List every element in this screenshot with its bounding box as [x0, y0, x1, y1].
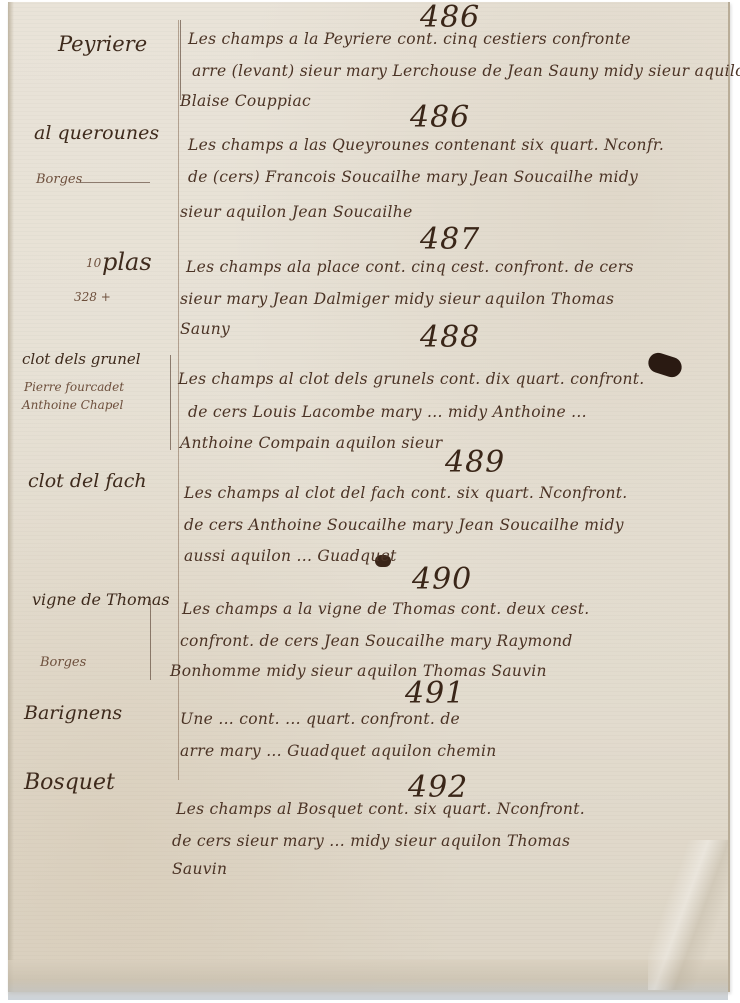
margin-label: clot del fach	[28, 470, 147, 492]
entry-line: de cers sieur mary ... midy sieur aquilo…	[172, 832, 570, 850]
page-left-edge	[8, 2, 14, 992]
entry-number: 490	[412, 562, 472, 597]
entry-line: Sauvin	[172, 860, 227, 878]
entry-line: Bonhomme midy sieur aquilon Thomas Sauvi…	[170, 662, 547, 680]
entry-line: Les champs al Bosquet cont. six quart. N…	[176, 800, 585, 818]
entry-number: 487	[420, 222, 480, 257]
entry-line: arre mary ... Guadquet aquilon chemin	[180, 742, 497, 760]
entry-line: Les champs a las Queyrounes contenant si…	[188, 136, 664, 154]
entry-line: arre (levant) sieur mary Lerchouse de Je…	[192, 62, 740, 80]
margin-label: vigne de Thomas	[32, 590, 170, 609]
entry-line: de cers Anthoine Soucailhe mary Jean Sou…	[184, 516, 624, 534]
brace	[180, 20, 181, 100]
entry-line: de (cers) Francois Soucailhe mary Jean S…	[188, 168, 638, 186]
entry-line: de cers Louis Lacombe mary ... midy Anth…	[188, 403, 587, 421]
page-bottom-edge	[8, 960, 728, 1000]
margin-sublabel: Pierre fourcadet	[24, 380, 124, 394]
entry-line: Les champs a la Peyriere cont. cinq cest…	[188, 30, 631, 48]
margin-label: plas	[102, 248, 152, 276]
entry-line: Les champs a la vigne de Thomas cont. de…	[182, 600, 589, 618]
entry-line: Les champs al clot del fach cont. six qu…	[184, 484, 628, 502]
margin-note: 328 +	[74, 290, 111, 304]
page-fold	[648, 840, 728, 990]
entry-number: 491	[405, 676, 465, 711]
margin-sublabel: Borges	[40, 655, 86, 670]
entry-line: Anthoine Compain aquilon sieur	[180, 434, 442, 452]
entry-line: aussi aquilon ... Guadquet	[184, 547, 397, 565]
entry-line: sieur mary Jean Dalmiger midy sieur aqui…	[180, 290, 614, 308]
margin-label: clot dels grunel	[22, 350, 141, 368]
entry-line: Les champs al clot dels grunels cont. di…	[178, 370, 645, 388]
margin-label: Bosquet	[24, 770, 115, 795]
entry-number: 489	[445, 445, 505, 480]
margin-label: Barignens	[24, 702, 122, 724]
margin-prefix: 10	[86, 256, 101, 270]
dash	[80, 182, 150, 183]
entry-line: Blaise Couppiac	[180, 92, 311, 110]
brace	[170, 355, 171, 450]
entry-number: 486	[410, 100, 470, 135]
entry-line: Les champs ala place cont. cinq cest. co…	[186, 258, 634, 276]
margin-label: Peyriere	[58, 32, 147, 56]
margin-label: al querounes	[34, 122, 159, 144]
entry-line: confront. de cers Jean Soucailhe mary Ra…	[180, 632, 573, 650]
entry-line: Une ... cont. ... quart. confront. de	[180, 710, 460, 728]
entry-number: 488	[420, 320, 480, 355]
margin-sublabel: Borges	[36, 172, 82, 187]
margin-sublabel: Anthoine Chapel	[22, 398, 123, 412]
brace	[150, 600, 151, 680]
entry-line: sieur aquilon Jean Soucailhe	[180, 203, 413, 221]
entry-line: Sauny	[180, 320, 230, 338]
